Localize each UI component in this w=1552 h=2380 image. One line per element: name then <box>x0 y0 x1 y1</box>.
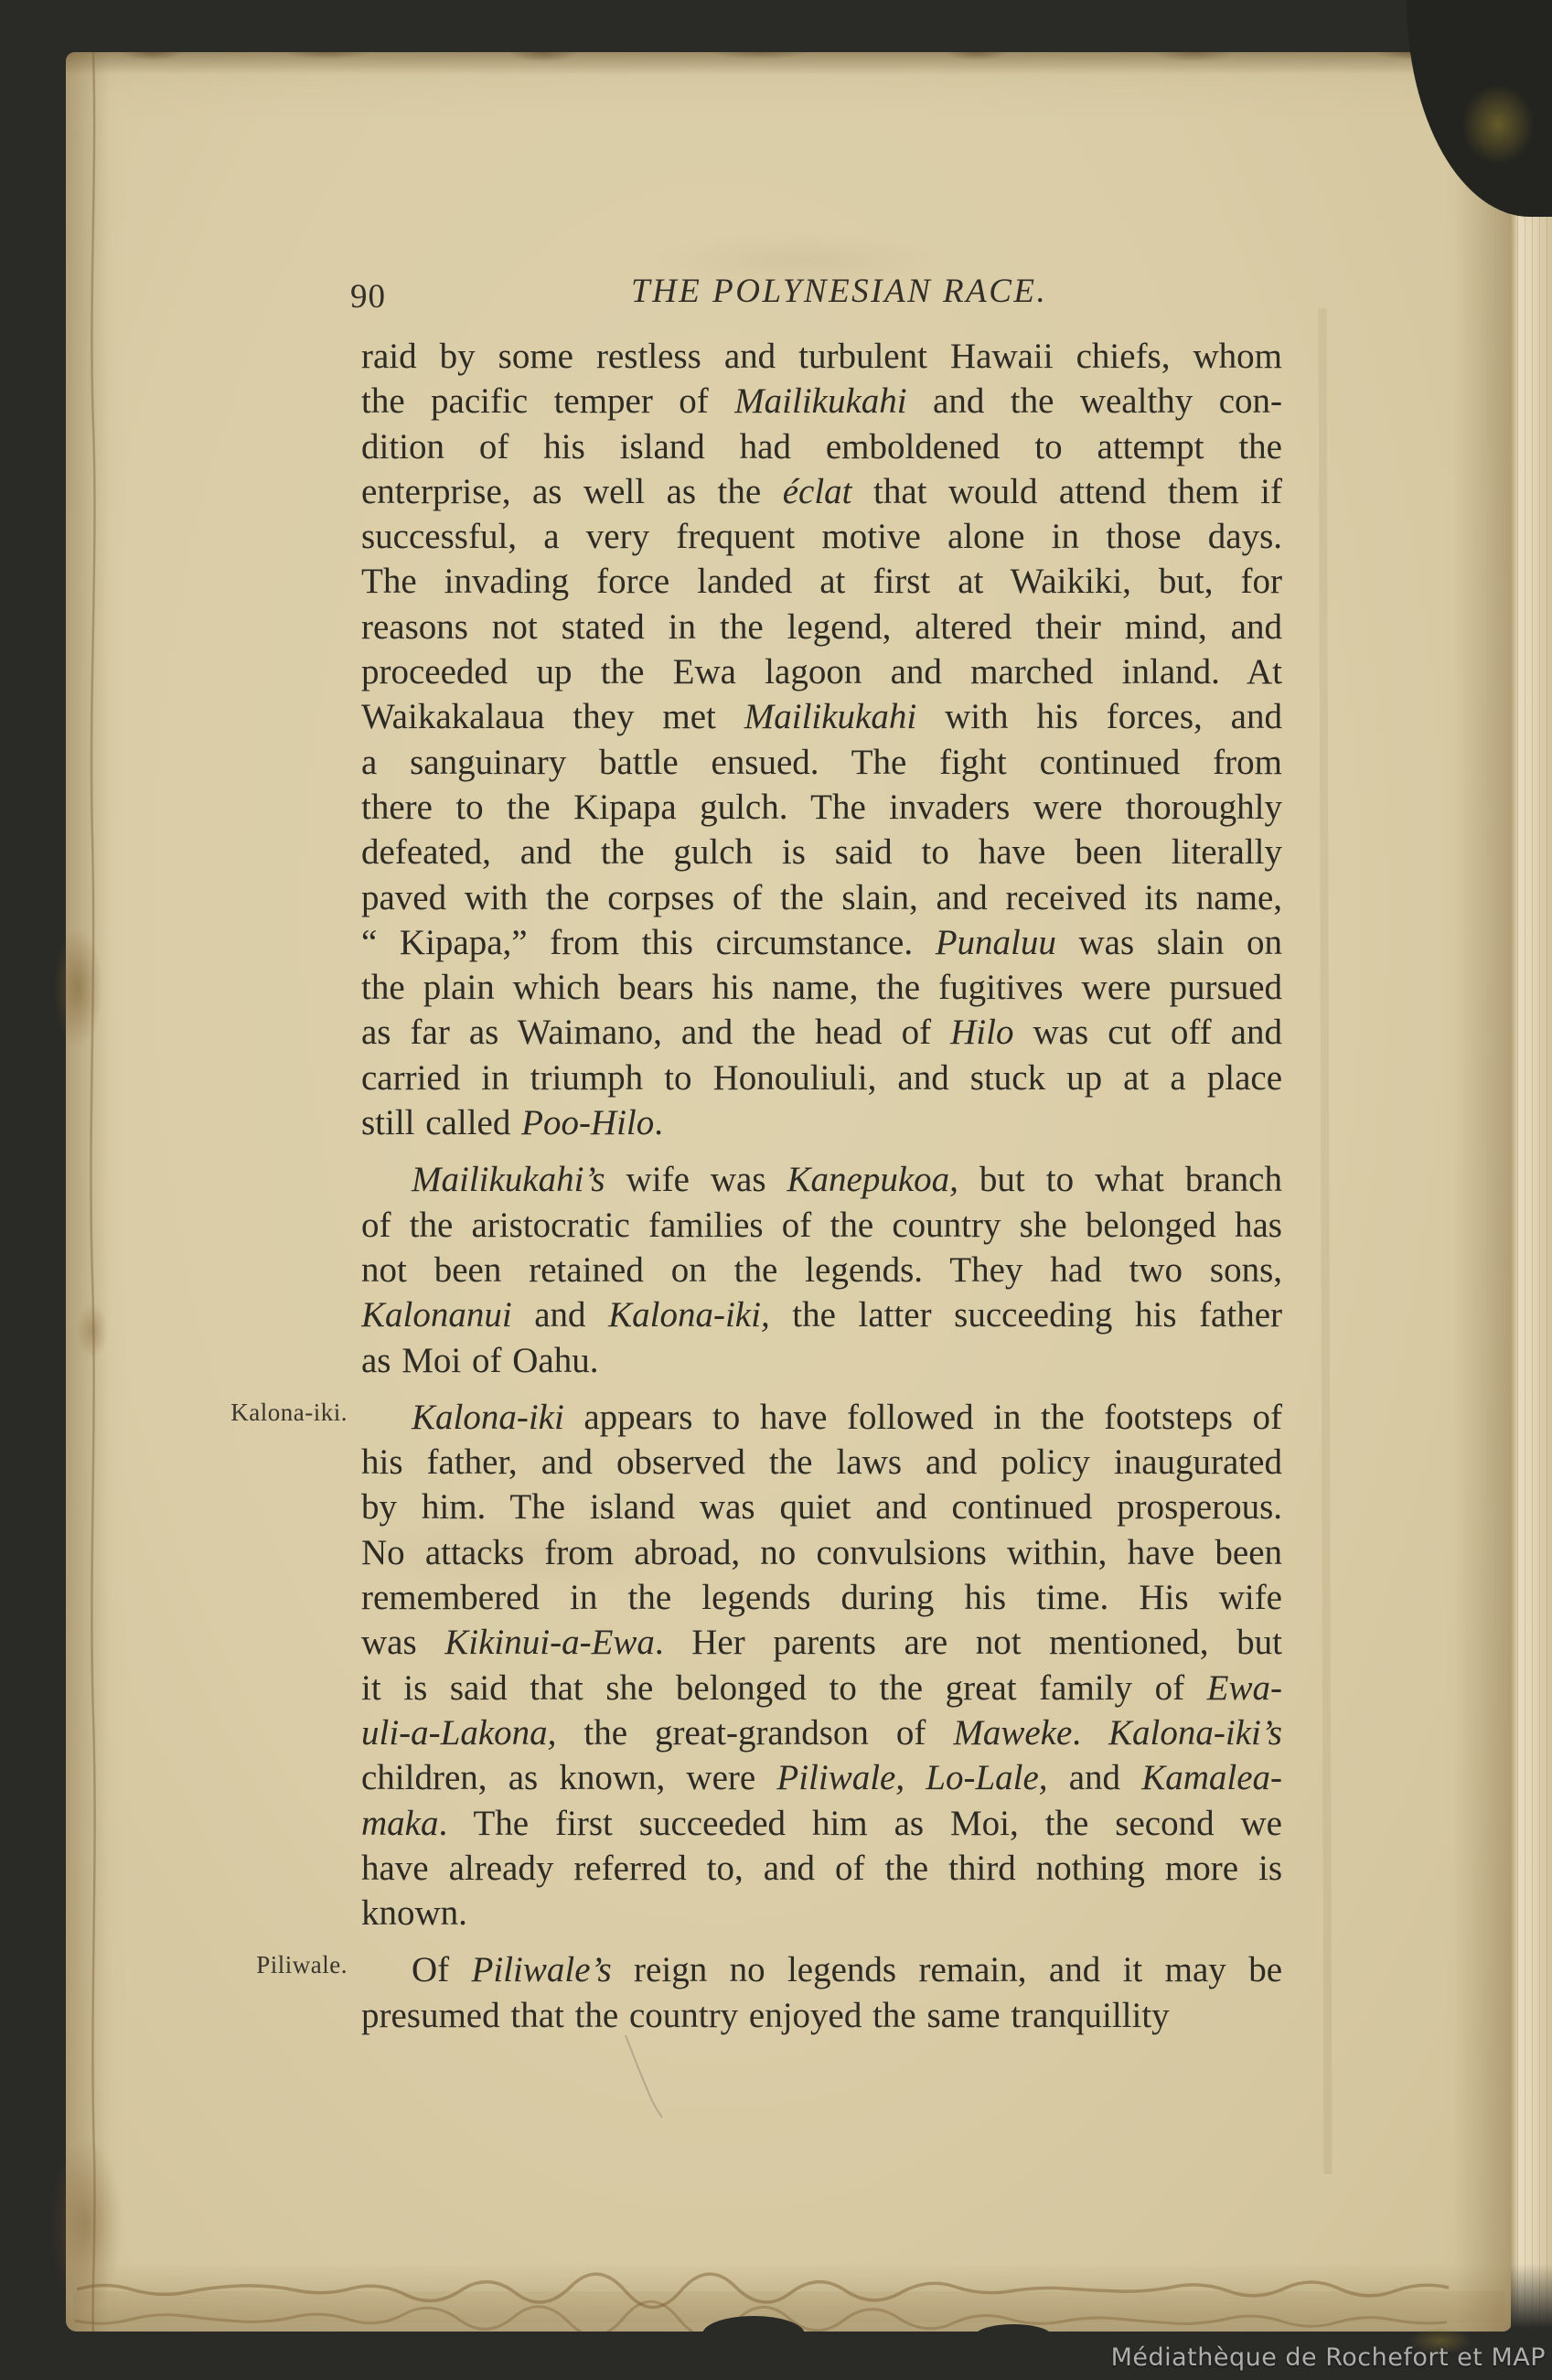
bottom-edge-notch <box>975 2324 1052 2348</box>
italic-text-run: Kikinui-a-Ewa <box>444 1623 655 1662</box>
text-line: defeated, and the gulch is said to have … <box>361 830 1282 874</box>
italic-text-run: Kalona-iki’s <box>1108 1713 1282 1753</box>
italic-text-run: Piliwale, Lo-Lale, <box>776 1758 1047 1797</box>
italic-text-run: Kalona-iki <box>412 1398 564 1437</box>
text-line: “ Kipapa,” from this circumstance. Punal… <box>361 920 1282 965</box>
text-run: the great-grandson of <box>556 1713 953 1753</box>
text-line: uli-a-Lakona, the great-grandson of Mawe… <box>361 1710 1282 1755</box>
text-run: carried in triumph to Honouliuli, and st… <box>361 1058 1282 1098</box>
text-run: was slain on <box>1056 923 1282 962</box>
italic-text-run: Kamalea- <box>1141 1758 1282 1797</box>
italic-text-run: Kalonanui <box>361 1295 512 1335</box>
foxing-stain <box>49 2138 123 2311</box>
text-line: No attacks from abroad, no convulsions w… <box>361 1530 1282 1575</box>
text-line: there to the Kipapa gulch. The invaders … <box>361 785 1282 830</box>
text-run: have already referred to, and of the thi… <box>361 1849 1282 1888</box>
bottom-edge-notch <box>702 2316 805 2353</box>
text-line: The invading force landed at first at Wa… <box>361 559 1282 604</box>
italic-text-run: Punaluu <box>936 923 1056 962</box>
margin-note: Piliwale. <box>174 1951 348 1979</box>
text-run: No attacks from abroad, no convulsions w… <box>361 1533 1282 1572</box>
text-run: reasons not stated in the legend, altere… <box>361 607 1282 647</box>
text-line: carried in triumph to Honouliuli, and st… <box>361 1056 1282 1100</box>
text-line: remembered in the legends during his tim… <box>361 1575 1282 1620</box>
italic-text-run: Hilo <box>950 1013 1013 1052</box>
text-line: enterprise, as well as the éclat that wo… <box>361 469 1282 514</box>
text-line: the plain which bears his name, the fugi… <box>361 965 1282 1010</box>
text-run: was <box>361 1623 444 1662</box>
text-line: Mailikukahi’s wife was Kanepukoa, but to… <box>361 1157 1282 1202</box>
text-line: proceeded up the Ewa lagoon and marched … <box>361 649 1282 694</box>
foxing-stain <box>53 928 102 1047</box>
text-run: successful, a very frequent motive alone… <box>361 517 1282 556</box>
text-run: and <box>512 1295 608 1335</box>
text-line: children, as known, were Piliwale, Lo-La… <box>361 1755 1282 1800</box>
text-run: and <box>1048 1758 1142 1797</box>
text-line: not been retained on the legends. They h… <box>361 1248 1282 1292</box>
text-run: “ Kipapa,” from this circumstance. <box>361 923 936 962</box>
text-run: not been retained on the legends. They h… <box>361 1250 1282 1290</box>
paragraph: raid by some restless and turbulent Hawa… <box>361 334 1282 1145</box>
paragraph: Kalona-iki.Kalona-iki appears to have fo… <box>361 1395 1282 1936</box>
text-run: wife was <box>605 1160 787 1199</box>
text-line: reasons not stated in the legend, altere… <box>361 605 1282 649</box>
text-line: as Moi of Oahu. <box>361 1338 1282 1383</box>
text-run: of the aristocratic families of the coun… <box>361 1206 1282 1245</box>
text-line: maka. The first succeeded him as Moi, th… <box>361 1801 1282 1846</box>
text-line: by him. The island was quiet and continu… <box>361 1485 1282 1529</box>
paragraph: Mailikukahi’s wife was Kanepukoa, but to… <box>361 1157 1282 1382</box>
text-line: known. <box>361 1891 1282 1935</box>
italic-text-run: Kanepukoa, <box>787 1160 958 1199</box>
book-scan: 90 THE POLYNESIAN RACE. raid by some res… <box>0 0 1552 2380</box>
text-run: . The first succeeded him as Moi, the se… <box>438 1804 1282 1843</box>
page-number: 90 <box>350 277 386 316</box>
text-run: his father, and observed the laws and po… <box>361 1442 1282 1482</box>
text-run: defeated, and the gulch is said to have … <box>361 832 1282 872</box>
text-line: was Kikinui-a-Ewa. Her parents are not m… <box>361 1620 1282 1665</box>
text-run: . Her parents are not mentioned, but <box>655 1623 1282 1662</box>
italic-text-run: Poo-Hilo <box>521 1103 654 1142</box>
body-text-block: raid by some restless and turbulent Hawa… <box>361 334 1282 2050</box>
text-line: paved with the corpses of the slain, and… <box>361 875 1282 920</box>
text-run: there to the Kipapa gulch. The invaders … <box>361 788 1282 827</box>
text-run: dition of his island had emboldened to a… <box>361 427 1282 466</box>
italic-text-run: Piliwale’s <box>472 1950 612 1989</box>
text-line: Kalona-iki appears to have followed in t… <box>361 1395 1282 1440</box>
text-run: reign no legends remain, and it may be <box>612 1950 1282 1989</box>
text-run: remembered in the legends during his tim… <box>361 1578 1282 1617</box>
italic-text-run: éclat <box>783 472 852 511</box>
book-page: 90 THE POLYNESIAN RACE. raid by some res… <box>66 52 1512 2332</box>
text-line: successful, a very frequent motive alone… <box>361 514 1282 559</box>
text-run: was cut off and <box>1013 1013 1282 1052</box>
text-run: Of <box>412 1950 472 1989</box>
text-run: that would attend them if <box>852 472 1283 511</box>
text-run: as far as Waimano, and the head of <box>361 1013 950 1052</box>
italic-text-run: Mailikukahi’s <box>412 1160 605 1199</box>
italic-text-run: Mailikukahi <box>734 381 906 421</box>
text-run: with his forces, and <box>916 697 1282 736</box>
italic-text-run: uli-a-Lakona, <box>361 1713 556 1753</box>
running-title: THE POLYNESIAN RACE. <box>631 272 1047 311</box>
text-run: the plain which bears his name, the fugi… <box>361 968 1282 1007</box>
text-line: have already referred to, and of the thi… <box>361 1846 1282 1891</box>
text-run: enterprise, as well as the <box>361 472 783 511</box>
text-run: the pacific temper of <box>361 381 734 421</box>
text-run: still called <box>361 1103 521 1142</box>
text-line: a sanguinary battle ensued. The fight co… <box>361 740 1282 785</box>
corner-stain <box>1461 84 1535 165</box>
text-line: the pacific temper of Mailikukahi and th… <box>361 379 1282 423</box>
text-line: raid by some restless and turbulent Hawa… <box>361 334 1282 379</box>
text-run: proceeded up the Ewa lagoon and marched … <box>361 652 1282 691</box>
paragraph: Piliwale.Of Piliwale’s reign no legends … <box>361 1947 1282 2038</box>
text-run: by him. The island was quiet and continu… <box>361 1487 1282 1527</box>
text-run: . <box>654 1103 663 1142</box>
text-line: of the aristocratic families of the coun… <box>361 1203 1282 1248</box>
text-run: a sanguinary battle ensued. The fight co… <box>361 743 1282 782</box>
foxing-stain <box>77 1303 108 1358</box>
text-line: as far as Waimano, and the head of Hilo … <box>361 1010 1282 1055</box>
text-run: raid by some restless and turbulent Hawa… <box>361 337 1282 376</box>
italic-text-run: maka <box>361 1804 438 1843</box>
italic-text-run: Mailikukahi <box>744 697 916 736</box>
text-run: Waikakalaua they met <box>361 697 744 736</box>
text-run: but to what branch <box>958 1160 1282 1199</box>
text-run: the latter succeeding his father <box>770 1295 1282 1335</box>
text-line: Waikakalaua they met Mailikukahi with hi… <box>361 694 1282 739</box>
text-line: presumed that the country enjoyed the sa… <box>361 1993 1282 2038</box>
text-line: Of Piliwale’s reign no legends remain, a… <box>361 1947 1282 1992</box>
book-fore-edge-pages <box>1511 206 1552 2328</box>
text-run: as Moi of Oahu. <box>361 1341 598 1380</box>
italic-text-run: Kalona-iki, <box>608 1295 770 1335</box>
italic-text-run: Ewa- <box>1207 1668 1282 1708</box>
text-line: still called Poo-Hilo. <box>361 1100 1282 1145</box>
text-run: children, as known, were <box>361 1758 776 1797</box>
italic-text-run: Maweke <box>953 1713 1072 1753</box>
text-line: his father, and observed the laws and po… <box>361 1440 1282 1485</box>
text-run: known. <box>361 1893 467 1933</box>
text-run: it is said that she belonged to the grea… <box>361 1668 1207 1708</box>
text-run: appears to have followed in the footstep… <box>564 1398 1282 1437</box>
text-line: Kalonanui and Kalona-iki, the latter suc… <box>361 1292 1282 1337</box>
margin-note: Kalona-iki. <box>174 1399 348 1427</box>
text-line: it is said that she belonged to the grea… <box>361 1666 1282 1710</box>
text-run: and the wealthy con- <box>907 381 1282 421</box>
text-line: dition of his island had emboldened to a… <box>361 424 1282 469</box>
text-run: The invading force landed at first at Wa… <box>361 562 1282 601</box>
library-watermark: Médiathèque de Rochefort et MAP <box>1111 2343 1546 2372</box>
text-run: presumed that the country enjoyed the sa… <box>361 1996 1170 2035</box>
text-run: . <box>1072 1713 1108 1753</box>
text-run: paved with the corpses of the slain, and… <box>361 878 1282 917</box>
